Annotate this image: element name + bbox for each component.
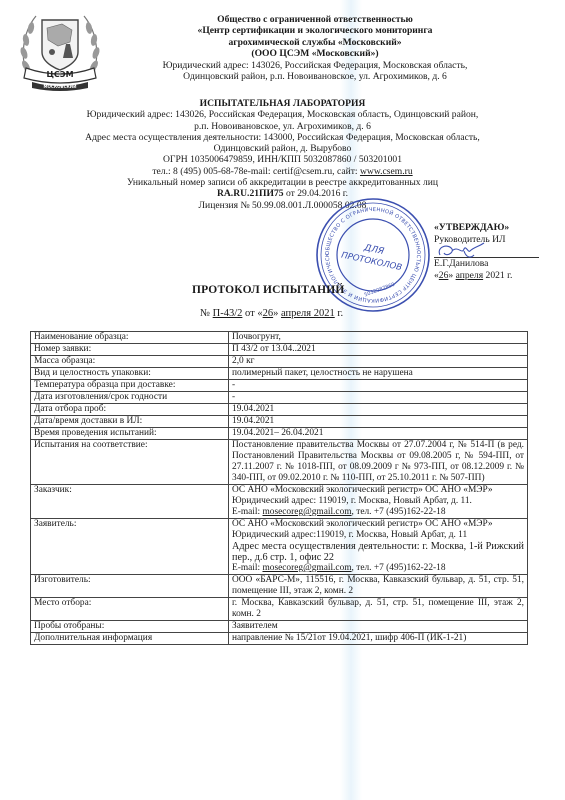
protocol-number-prefix: №: [200, 308, 213, 319]
detail-label: Заявитель:: [31, 519, 229, 575]
detail-value: П 43/2 от 13.04..2021: [229, 344, 528, 356]
detail-label: Дата/время доставки в ИЛ:: [31, 416, 229, 428]
protocol-date-mid: »: [273, 308, 281, 319]
detail-value: -: [229, 380, 528, 392]
laboratory-title: ИСПЫТАТЕЛЬНАЯ ЛАБОРАТОРИЯ: [20, 98, 545, 109]
laboratory-accreditation: RA.RU.21ПИ75 от 29.04.2016 г.: [20, 188, 545, 199]
table-row: Температура образца при доставке:-: [31, 380, 528, 392]
table-row: Заказчик:ОС АНО «Московский экологически…: [31, 485, 528, 519]
detail-value: 2,0 кг: [229, 356, 528, 368]
table-row: Номер заявки:П 43/2 от 13.04..2021: [31, 344, 528, 356]
detail-value: 19.04.2021– 26.04.2021: [229, 428, 528, 440]
organization-name-line1: «Центр сертификации и экологического мон…: [120, 25, 510, 36]
detail-value-line: 19.04.2021– 26.04.2021: [232, 428, 524, 439]
table-row: Время проведения испытаний:19.04.2021– 2…: [31, 428, 528, 440]
detail-value-line: 19.04.2021: [232, 404, 524, 415]
organization-short-name: (ООО ЦСЭМ «Московский»): [120, 48, 510, 59]
protocol-date-day: 26: [263, 308, 274, 319]
detail-label: Время проведения испытаний:: [31, 428, 229, 440]
detail-value: Заявителем: [229, 621, 528, 633]
detail-value: -: [229, 392, 528, 404]
detail-label: Изготовитель:: [31, 575, 229, 598]
detail-value-line: полимерный пакет, целостность не нарушен…: [232, 368, 524, 379]
detail-value: 19.04.2021: [229, 404, 528, 416]
detail-label: Место отбора:: [31, 598, 229, 621]
detail-label: Вид и целостность упаковки:: [31, 368, 229, 380]
detail-value-line: ОС АНО «Московский экологический регистр…: [232, 519, 524, 530]
detail-value-line: -: [232, 392, 524, 403]
detail-value: направление № 15/21от 19.04.2021, шифр 4…: [229, 633, 528, 645]
laboratory-contacts-text: тел.: 8 (495) 005-68-78e-mail: certif@cs…: [152, 166, 360, 177]
table-row: Наименование образца:Почвогрунт,: [31, 332, 528, 344]
laboratory-activity-address-line2: Одинцовский район, д. Вырубово: [20, 143, 545, 154]
table-row: Масса образца:2,0 кг: [31, 356, 528, 368]
laboratory-ogrn-inn: ОГРН 1035006479859, ИНН/КПП 5032087860 /…: [20, 154, 545, 165]
approval-date: «26» апреля 2021 г.: [434, 270, 559, 282]
laboratory-contacts: тел.: 8 (495) 005-68-78e-mail: certif@cs…: [20, 166, 545, 177]
approval-date-day: 26: [439, 270, 449, 281]
table-row: Дата изготовления/срок годности-: [31, 392, 528, 404]
detail-value-line: -: [232, 380, 524, 391]
svg-text:ЦСЭМ: ЦСЭМ: [46, 70, 73, 79]
protocol-number-value: П-43/2: [213, 308, 243, 319]
detail-value-line: ОС АНО «Московский экологический регистр…: [232, 485, 524, 496]
svg-text:МОСКОВСКИЙ: МОСКОВСКИЙ: [44, 84, 77, 89]
detail-label: Температура образца при доставке:: [31, 380, 229, 392]
detail-label: Пробы отобраны:: [31, 621, 229, 633]
detail-value-line: Юридический адрес:119019, г. Москва, Нов…: [232, 530, 524, 541]
table-row: Изготовитель:ООО «БАРС-М», 115516, г. Мо…: [31, 575, 528, 598]
detail-label: Номер заявки:: [31, 344, 229, 356]
protocol-title: ПРОТОКОЛ ИСПЫТАНИЙ: [192, 284, 345, 296]
organization-name-line2: агрохимической службы «Московский»: [120, 37, 510, 48]
detail-value: г. Москва, Кавказский бульвар, д. 51, ст…: [229, 598, 528, 621]
detail-value-line: 2,0 кг: [232, 356, 524, 367]
protocol-date-prefix: от «: [242, 308, 262, 319]
detail-label: Дата изготовления/срок годности: [31, 392, 229, 404]
detail-email-line: E-mail: mosecoreg@gmail.com, тел. +7 (49…: [232, 507, 524, 518]
detail-value-line: 19.04.2021: [232, 416, 524, 427]
organization-legal-address-line2: Одинцовский район, р.п. Новоивановское, …: [120, 71, 510, 82]
laboratory-license: Лицензия № 50.99.08.001.Л.000058.02.08: [20, 200, 545, 211]
email-link[interactable]: mosecoreg@gmail.com: [262, 507, 351, 517]
detail-value-line: Заявителем: [232, 621, 524, 632]
table-row: Место отбора:г. Москва, Кавказский бульв…: [31, 598, 528, 621]
approval-block: «УТВЕРЖДАЮ» Руководитель ИЛ Е.Г.Данилова…: [434, 222, 559, 281]
phone-text: , тел. +7 (495)162-22-18: [352, 563, 446, 573]
signature-line: [434, 245, 539, 258]
protocol-date-month-year: апреля 2021: [281, 308, 335, 319]
table-row: Дата/время доставки в ИЛ:19.04.2021: [31, 416, 528, 428]
detail-label: Испытания на соответствие:: [31, 440, 229, 485]
table-row: Испытания на соответствие:Постановление …: [31, 440, 528, 485]
csem-emblem-icon: ЦСЭМ МОСКОВСКИЙ: [14, 8, 106, 92]
detail-email-line: E-mail: mosecoreg@gmail.com, тел. +7 (49…: [232, 563, 524, 574]
protocol-date-suffix: г.: [335, 308, 343, 319]
detail-value: полимерный пакет, целостность не нарушен…: [229, 368, 528, 380]
detail-label: Масса образца:: [31, 356, 229, 368]
phone-text: , тел. +7 (495)162-22-18: [352, 507, 446, 517]
detail-value: 19.04.2021: [229, 416, 528, 428]
email-prefix: E-mail:: [232, 563, 262, 573]
detail-label: Наименование образца:: [31, 332, 229, 344]
accreditation-number: RA.RU.21ПИ75: [217, 188, 284, 199]
approval-date-year: 2021 г.: [483, 270, 512, 281]
table-row: Дата отбора проб:19.04.2021: [31, 404, 528, 416]
detail-value-line: Юридический адрес: 119019, г. Москва, Но…: [232, 496, 524, 507]
laboratory-accreditation-text: Уникальный номер записи об аккредитации …: [20, 177, 545, 188]
detail-value: Почвогрунт,: [229, 332, 528, 344]
email-link[interactable]: mosecoreg@gmail.com: [262, 563, 351, 573]
laboratory-website-link[interactable]: www.csem.ru: [360, 166, 413, 177]
signature-icon: [434, 241, 494, 261]
detail-value-line: Почвогрунт,: [232, 332, 524, 343]
detail-value: ООО «БАРС-М», 115516, г. Москва, Кавказс…: [229, 575, 528, 598]
protocol-number: № П-43/2 от «26» апреля 2021 г.: [200, 308, 343, 319]
laboratory-legal-address-line1: Юридический адрес: 143026, Российская Фе…: [20, 109, 545, 120]
email-prefix: E-mail:: [232, 507, 262, 517]
detail-value: ОС АНО «Московский экологический регистр…: [229, 485, 528, 519]
approval-title: «УТВЕРЖДАЮ»: [434, 222, 559, 234]
organization-legal-address-line1: Юридический адрес: 143026, Российская Фе…: [120, 60, 510, 71]
detail-value-line: г. Москва, Кавказский бульвар, д. 51, ст…: [232, 598, 524, 620]
round-seal-icon: ОБЩЕСТВО С ОГРАНИЧЕННОЙ ОТВЕТСТВЕННОСТЬЮ…: [314, 196, 432, 314]
detail-value-line: Адрес места осуществления деятельности: …: [232, 541, 524, 563]
detail-label: Дата отбора проб:: [31, 404, 229, 416]
detail-value-line: направление № 15/21от 19.04.2021, шифр 4…: [232, 633, 524, 644]
table-row: Вид и целостность упаковки:полимерный па…: [31, 368, 528, 380]
table-row: Дополнительная информациянаправление № 1…: [31, 633, 528, 645]
detail-value-line: ООО «БАРС-М», 115516, г. Москва, Кавказс…: [232, 575, 524, 597]
table-row: Заявитель:ОС АНО «Московский экологическ…: [31, 519, 528, 575]
detail-value-line: П 43/2 от 13.04..2021: [232, 344, 524, 355]
organization-header: Общество с ограниченной ответственностью…: [120, 14, 510, 82]
detail-label: Дополнительная информация: [31, 633, 229, 645]
official-stamp: ОБЩЕСТВО С ОГРАНИЧЕННОЙ ОТВЕТСТВЕННОСТЬЮ…: [314, 196, 432, 314]
sample-details-table: Наименование образца:Почвогрунт,Номер за…: [30, 331, 528, 645]
table-row: Пробы отобраны:Заявителем: [31, 621, 528, 633]
approval-date-month: апреля: [456, 270, 484, 281]
organization-form: Общество с ограниченной ответственностью: [120, 14, 510, 25]
laboratory-block: ИСПЫТАТЕЛЬНАЯ ЛАБОРАТОРИЯ Юридический ад…: [20, 98, 545, 211]
laboratory-activity-address-line1: Адрес места осуществления деятельности: …: [20, 132, 545, 143]
detail-value: Постановление правительства Москвы от 27…: [229, 440, 528, 485]
detail-label: Заказчик:: [31, 485, 229, 519]
detail-value: ОС АНО «Московский экологический регистр…: [229, 519, 528, 575]
detail-value-line: Постановление правительства Москвы от 27…: [232, 440, 524, 484]
laboratory-legal-address-line2: р.п. Новоивановское, ул. Агрохимиков, д.…: [20, 121, 545, 132]
organization-logo: ЦСЭМ МОСКОВСКИЙ: [14, 8, 106, 92]
